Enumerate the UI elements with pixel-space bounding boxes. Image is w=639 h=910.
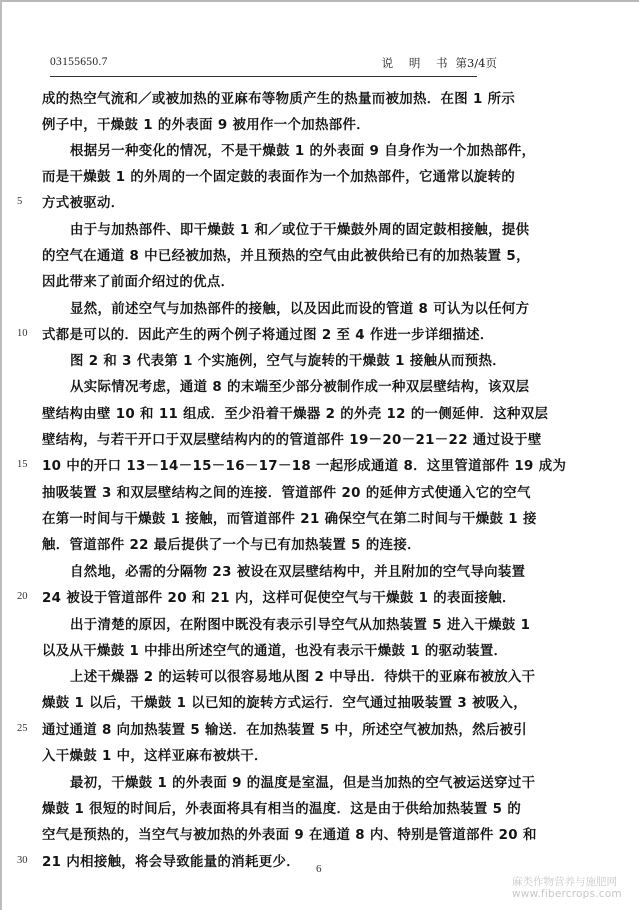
text-line-11: 图 2 和 3 代表第 1 个实施例，空气与旋转的干燥鼓 1 接触从而预热． [70, 350, 506, 374]
text-line-15: 10 中的开口 13－14－15－16－17－18 一起形成通道 8．这里管道部… [42, 455, 566, 479]
text-line-1: 成的热空气流和／或被加热的亚麻布等物质产生的热量而被加热．在图 1 所示 [42, 88, 515, 112]
watermark-url: www.fibercrops.com [512, 888, 637, 900]
text-line-14: 壁结构，与若干开口于双层壁结构内的的管道部件 19－20－21－22 通过设于壁 [42, 429, 542, 453]
line-number-25: 25 [17, 723, 28, 734]
text-line-4: 而是干燥鼓 1 的外周的一个固定鼓的表面作为一个加热部件，它通常以旋转的 [42, 166, 515, 190]
text-line-29: 空气是预热的，当空气与被加热的外表面 9 在通道 8 内、特别是管道部件 20 … [42, 824, 537, 848]
text-line-30: 21 内相接触，将会导致能量的消耗更少． [42, 851, 300, 875]
doc-type-label: 说 明 书 [382, 56, 454, 70]
watermark: 麻类作物营养与施肥网 www.fibercrops.com [512, 876, 637, 900]
text-line-21: 出于清楚的原因，在附图中既没有表示引导空气从加热装置 5 进入干燥鼓 1 [70, 614, 530, 638]
text-line-7: 的空气在通道 8 中已经被加热，并且预热的空气由此被供给已有的加热装置 5， [42, 245, 530, 269]
text-line-26: 入干燥鼓 1 中，这样亚麻布被烘干． [42, 745, 268, 769]
line-number-20: 20 [17, 591, 28, 602]
text-line-5: 方式被驱动． [42, 192, 124, 216]
text-line-6: 由于与加热部件、即干燥鼓 1 和／或位于干燥鼓外周的固定鼓相接触，提供 [70, 219, 529, 243]
text-line-12: 从实际情况考虑，通道 8 的末端至少部分被制作成一种双层壁结构，该双层 [70, 376, 529, 400]
text-line-3: 根据另一种变化的情况，不是干燥鼓 1 的外表面 9 自身作为一个加热部件， [70, 140, 535, 164]
text-line-2: 例子中，干燥鼓 1 的外表面 9 被用作一个加热部件． [42, 114, 370, 138]
line-number-15: 15 [17, 459, 28, 470]
text-line-22: 以及从干燥鼓 1 中排出所述空气的通道，也没有表示干燥鼓 1 的驱动装置． [42, 640, 507, 664]
page-number: 6 [316, 863, 322, 875]
text-line-23: 上述干燥器 2 的运转可以很容易地从图 2 中导出．待烘干的亚麻布被放入干 [70, 666, 535, 690]
text-line-28: 燥鼓 1 很短的时间后，外表面将具有相当的温度．这是由于供给加热装置 5 的 [42, 798, 521, 822]
text-line-17: 在第一时间与干燥鼓 1 接触，而管道部件 21 确保空气在第二时间与干燥鼓 1 … [42, 508, 537, 532]
text-line-13: 壁结构由壁 10 和 11 组成．至少沿着干燥器 2 的外壳 12 的一侧延伸．… [42, 403, 548, 427]
application-number: 03155650.7 [50, 56, 108, 68]
header-divider [50, 76, 477, 77]
text-line-25: 通过通道 8 向加热装置 5 输送．在加热装置 5 中，所述空气被加热，然后被引 [42, 719, 527, 743]
text-line-8: 因此带来了前面介绍过的优点． [42, 271, 234, 295]
page-info: 第3/4页 [455, 56, 497, 70]
text-line-9: 显然，前述空气与加热部件的接触，以及因此而设的管道 8 可认为以任何方 [70, 298, 529, 322]
text-line-19: 自然地，必需的分隔物 23 被设在双层壁结构中，并且附加的空气导向装置 [70, 561, 525, 585]
line-number-30: 30 [17, 855, 28, 866]
text-line-24: 燥鼓 1 以后，干燥鼓 1 以已知的旋转方式运行．空气通过抽吸装置 3 被吸入， [42, 692, 527, 716]
document-title: 说 明 书第3/4页 [382, 55, 497, 71]
text-line-10: 式都是可以的．因此产生的两个例子将通过图 2 至 4 作进一步详细描述． [42, 324, 494, 348]
line-number-5: 5 [17, 196, 22, 207]
text-line-18: 触．管道部件 22 最后提供了一个与已有加热装置 5 的连接． [42, 534, 421, 558]
text-line-16: 抽吸装置 3 和双层壁结构之间的连接．管道部件 20 的延伸方式使通入它的空气 [42, 482, 531, 506]
page-header: 03155650.7 说 明 书第3/4页 [50, 52, 477, 74]
line-number-10: 10 [17, 328, 28, 339]
watermark-site-name: 麻类作物营养与施肥网 [512, 876, 637, 888]
text-line-27: 最初，干燥鼓 1 的外表面 9 的温度是室温，但是当加热的空气被运送穿过干 [70, 772, 535, 796]
text-line-20: 24 被设于管道部件 20 和 21 内，这样可促使空气与干燥鼓 1 的表面接触… [42, 587, 516, 611]
